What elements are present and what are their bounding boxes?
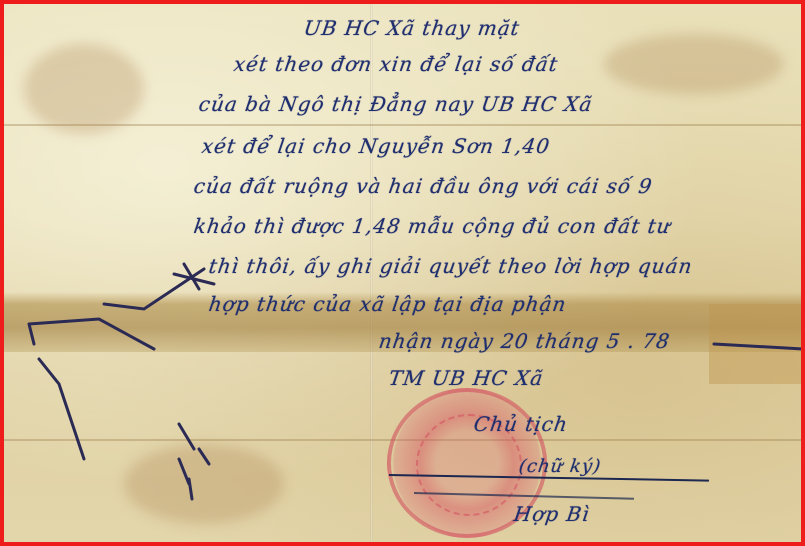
- margin-scribbles: [4, 4, 805, 546]
- document-frame: UB HC Xã thay mặt xét theo đơn xin để lạ…: [0, 0, 805, 546]
